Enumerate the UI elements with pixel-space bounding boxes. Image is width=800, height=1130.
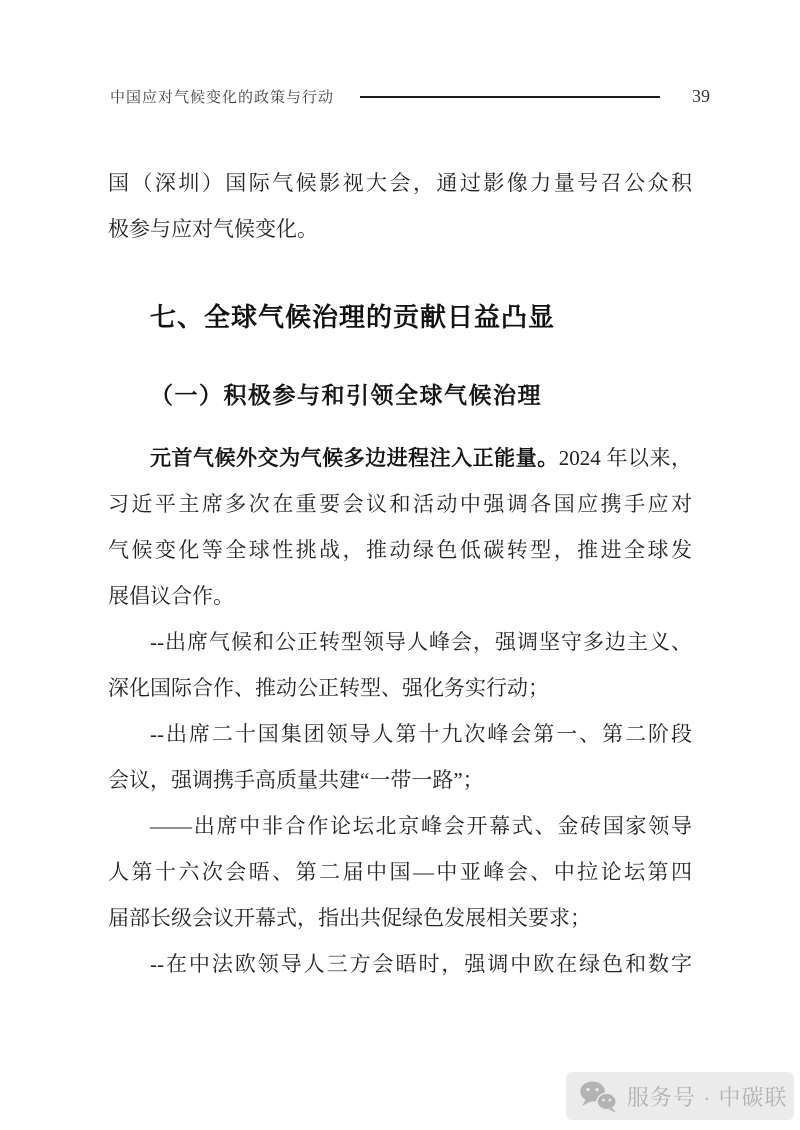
bullet-paragraph: ——出席中非合作论坛北京峰会开幕式、金砖国家领导 人第十六次会晤、第二届中国—中… — [108, 803, 692, 941]
lead-bold-text: 元首气候外交为气候多边进程注入正能量。 — [150, 446, 559, 470]
page: { "header": { "title": "中国应对气候变化的政策与行动",… — [0, 0, 800, 1130]
page-header: 中国应对气候变化的政策与行动 39 — [110, 86, 710, 107]
bullet-paragraph: --出席二十国集团领导人第十九次峰会第一、第二阶段 会议，强调携手高质量共建“一… — [108, 711, 692, 803]
section-heading: 七、全球气候治理的贡献日益凸显 — [150, 298, 692, 336]
watermark-label: 服务号 · 中碳联 — [627, 1081, 788, 1112]
text-line: 展倡议合作。 — [108, 573, 692, 619]
text-line: --在中法欧领导人三方会晤时，强调中欧在绿色和数字 — [108, 941, 692, 987]
subsection-heading: （一）积极参与和引领全球气候治理 — [150, 380, 692, 412]
text-line: 人第十六次会晤、第二届中国—中亚峰会、中拉论坛第四 — [108, 849, 692, 895]
text-line: 届部长级会议开幕式，指出共促绿色发展相关要求； — [108, 895, 692, 941]
text-line: 气候变化等全球性挑战，推动绿色低碳转型，推进全球发 — [108, 527, 692, 573]
header-title: 中国应对气候变化的政策与行动 — [110, 86, 334, 107]
paragraph-lead: 元首气候外交为气候多边进程注入正能量。2024 年以来， 习近平主席多次在重要会… — [108, 435, 692, 619]
text-line: 国（深圳）国际气候影视大会，通过影像力量号召公众积 — [108, 160, 692, 206]
footer-watermark: 服务号 · 中碳联 — [566, 1072, 794, 1120]
text-line: 极参与应对气候变化。 — [108, 206, 692, 252]
bullet-paragraph: --出席气候和公正转型领导人峰会，强调坚守多边主义、 深化国际合作、推动公正转型… — [108, 619, 692, 711]
bullet-paragraph: --在中法欧领导人三方会晤时，强调中欧在绿色和数字 — [108, 941, 692, 987]
text-line: --出席二十国集团领导人第十九次峰会第一、第二阶段 — [108, 711, 692, 757]
text-line: 会议，强调携手高质量共建“一带一路”； — [108, 757, 692, 803]
page-number: 39 — [692, 86, 710, 107]
wechat-icon — [578, 1079, 618, 1113]
text-line: --出席气候和公正转型领导人峰会，强调坚守多边主义、 — [108, 619, 692, 665]
text-line: 习近平主席多次在重要会议和活动中强调各国应携手应对 — [108, 481, 692, 527]
document-body: 国（深圳）国际气候影视大会，通过影像力量号召公众积 极参与应对气候变化。 七、全… — [108, 160, 692, 987]
text-line: 深化国际合作、推动公正转型、强化务实行动； — [108, 665, 692, 711]
text-line: 元首气候外交为气候多边进程注入正能量。2024 年以来， — [108, 435, 692, 481]
paragraph-continuation: 国（深圳）国际气候影视大会，通过影像力量号召公众积 极参与应对气候变化。 — [108, 160, 692, 252]
lead-rest-text: 2024 年以来， — [559, 446, 692, 470]
text-line: ——出席中非合作论坛北京峰会开幕式、金砖国家领导 — [108, 803, 692, 849]
header-rule — [360, 96, 660, 98]
